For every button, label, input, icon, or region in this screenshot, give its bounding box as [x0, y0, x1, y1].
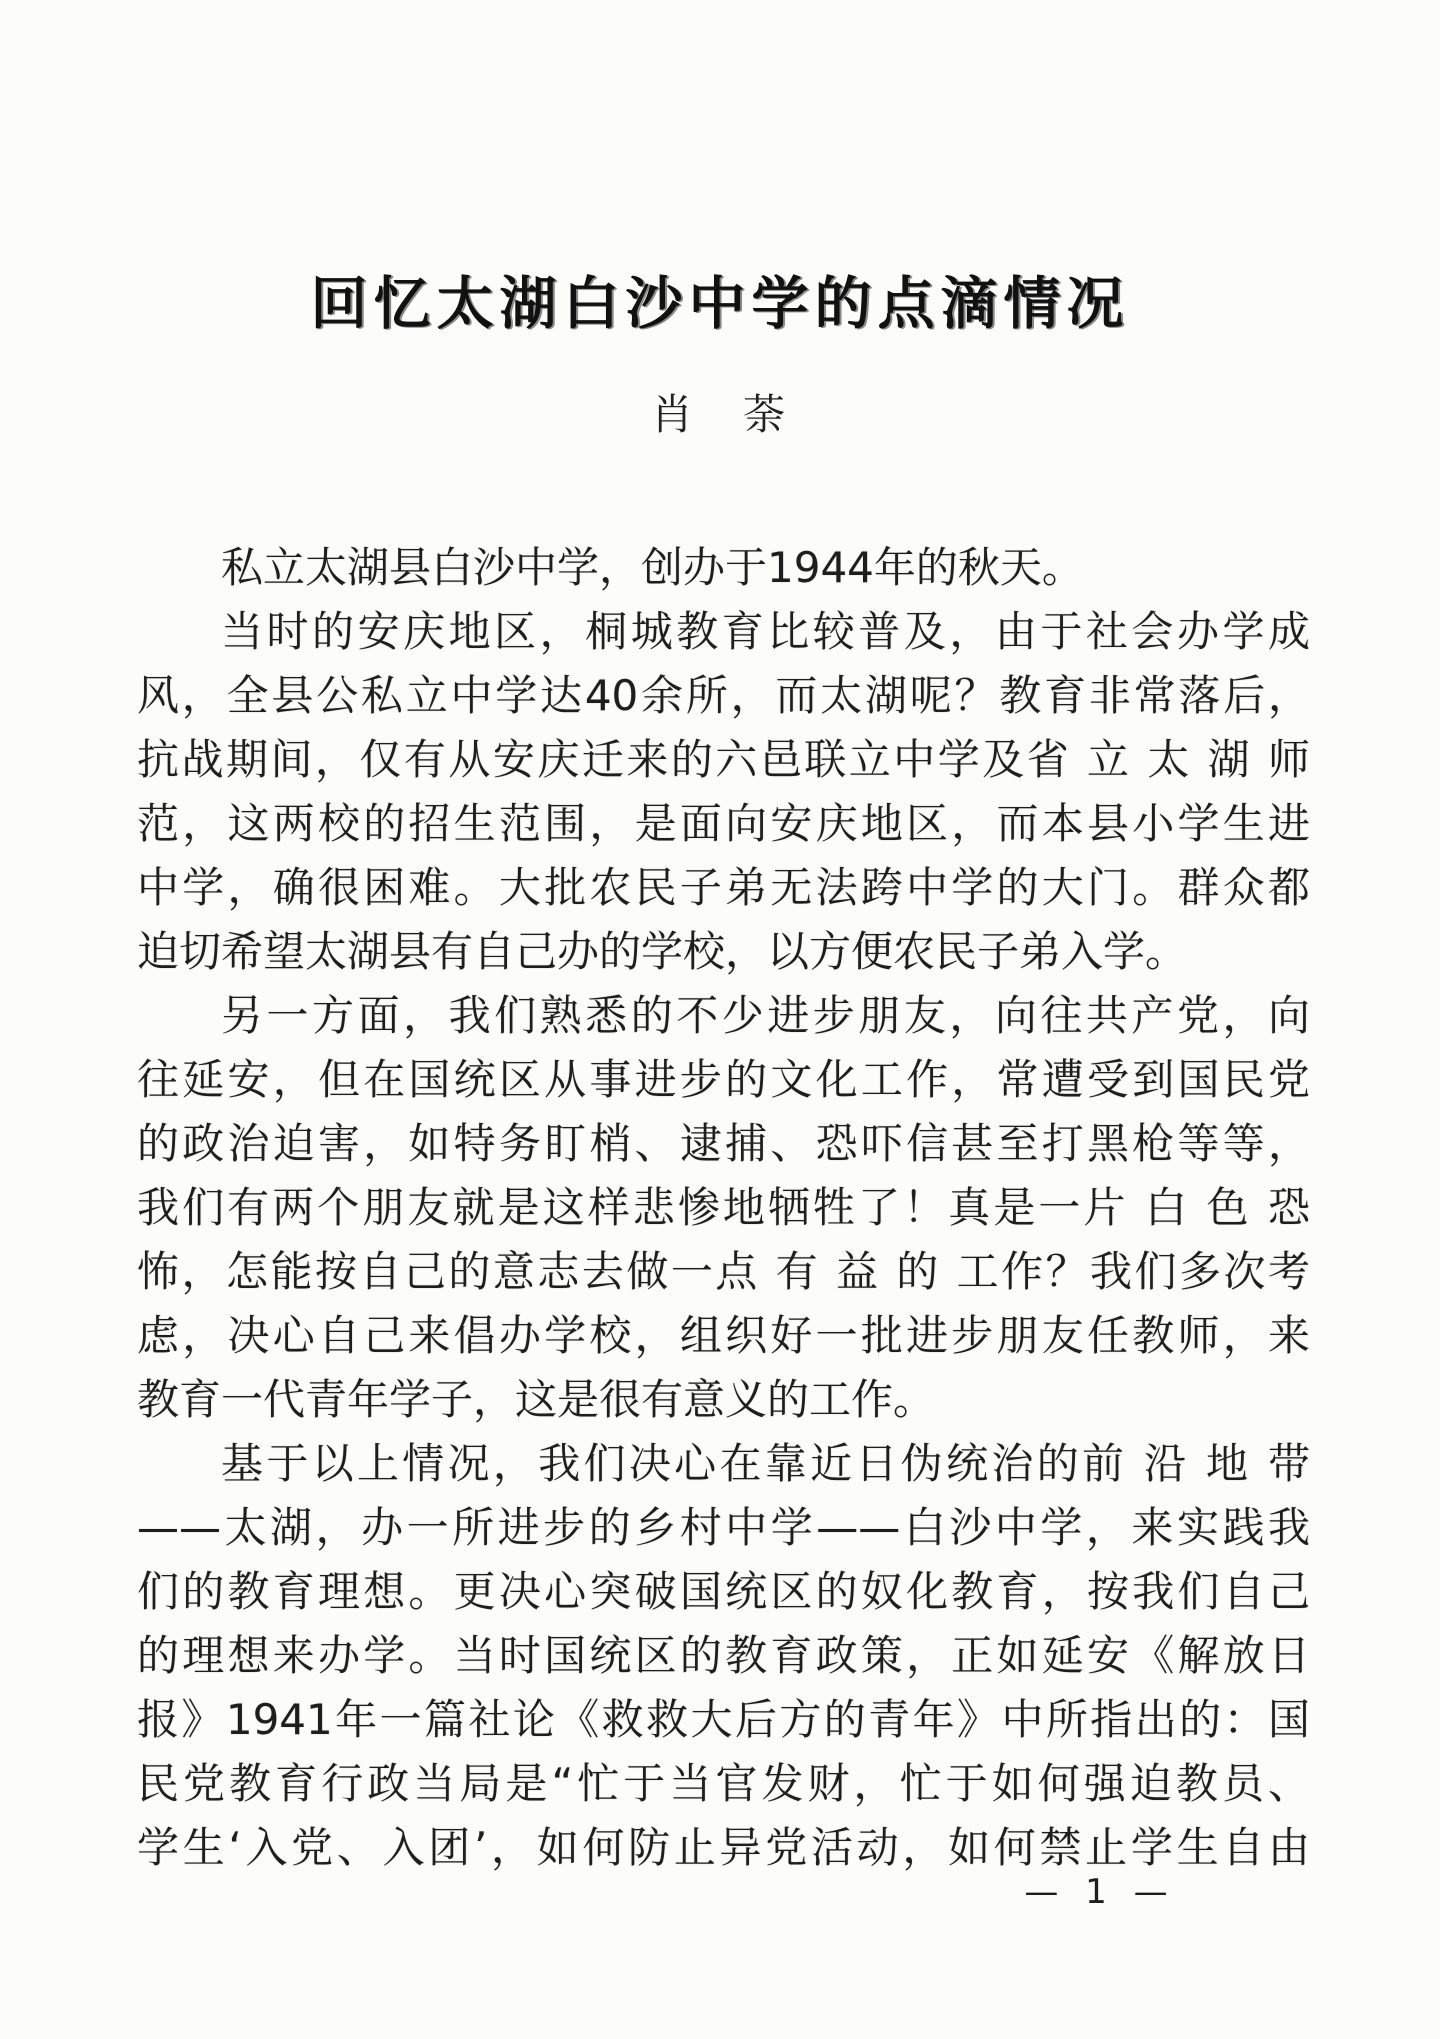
text-line: ——太湖，办一所进步的乡村中学——白沙中学，来实践我	[137, 1496, 1310, 1560]
text-line: 范，这两校的招生范围，是面向安庆地区，而本县小学生进	[137, 792, 1310, 856]
text-line: 学生‘入党、入团’，如何防止异党活动，如何禁止学生自由	[137, 1816, 1310, 1880]
text-line: 另一方面，我们熟悉的不少进步朋友，向往共产党，向	[137, 984, 1310, 1048]
text-line: 我们有两个朋友就是这样悲惨地牺牲了！真是一片 白 色 恐	[137, 1176, 1310, 1240]
text-line: 当时的安庆地区，桐城教育比较普及，由于社会办学成	[137, 600, 1310, 664]
text-line: 风，全县公私立中学达40余所，而太湖呢？教育非常落后，	[137, 664, 1310, 728]
text-line: 怖，怎能按自己的意志去做一点 有 益 的 工作？我们多次考	[137, 1240, 1310, 1304]
text-line: 抗战期间，仅有从安庆迁来的六邑联立中学及省 立 太 湖 师	[137, 728, 1310, 792]
scanned-page: 回忆太湖白沙中学的点滴情况 肖 荼 私立太湖县白沙中学，创办于1944年的秋天。…	[0, 0, 1440, 2039]
text-line: 基于以上情况，我们决心在靠近日伪统治的前 沿 地 带	[137, 1432, 1310, 1496]
text-line: 迫切希望太湖县有自己办的学校，以方便农民子弟入学。	[137, 920, 1310, 984]
page-title: 回忆太湖白沙中学的点滴情况	[0, 258, 1440, 340]
text-line: 教育一代青年学子，这是很有意义的工作。	[137, 1368, 1310, 1432]
text-line: 虑，决心自己来倡办学校，组织好一批进步朋友任教师，来	[137, 1304, 1310, 1368]
text-line: 们的教育理想。更决心突破国统区的奴化教育，按我们自己	[137, 1560, 1310, 1624]
text-line: 私立太湖县白沙中学，创办于1944年的秋天。	[137, 536, 1310, 600]
body-text: 私立太湖县白沙中学，创办于1944年的秋天。 当时的安庆地区，桐城教育比较普及，…	[137, 536, 1310, 1880]
text-line: 往延安，但在国统区从事进步的文化工作，常遭受到国民党	[137, 1048, 1310, 1112]
page-number: — 1 —	[1010, 1872, 1190, 1912]
text-line: 民党教育行政当局是“忙于当官发财，忙于如何强迫教员、	[137, 1752, 1310, 1816]
text-line: 的政治迫害，如特务盯梢、逮捕、恐吓信甚至打黑枪等等，	[137, 1112, 1310, 1176]
author-name: 肖 荼	[0, 382, 1440, 442]
text-line: 的理想来办学。当时国统区的教育政策，正如延安《解放日	[137, 1624, 1310, 1688]
text-line: 中学，确很困难。大批农民子弟无法跨中学的大门。群众都	[137, 856, 1310, 920]
text-line: 报》1941年一篇社论《救救大后方的青年》中所指出的：国	[137, 1688, 1310, 1752]
